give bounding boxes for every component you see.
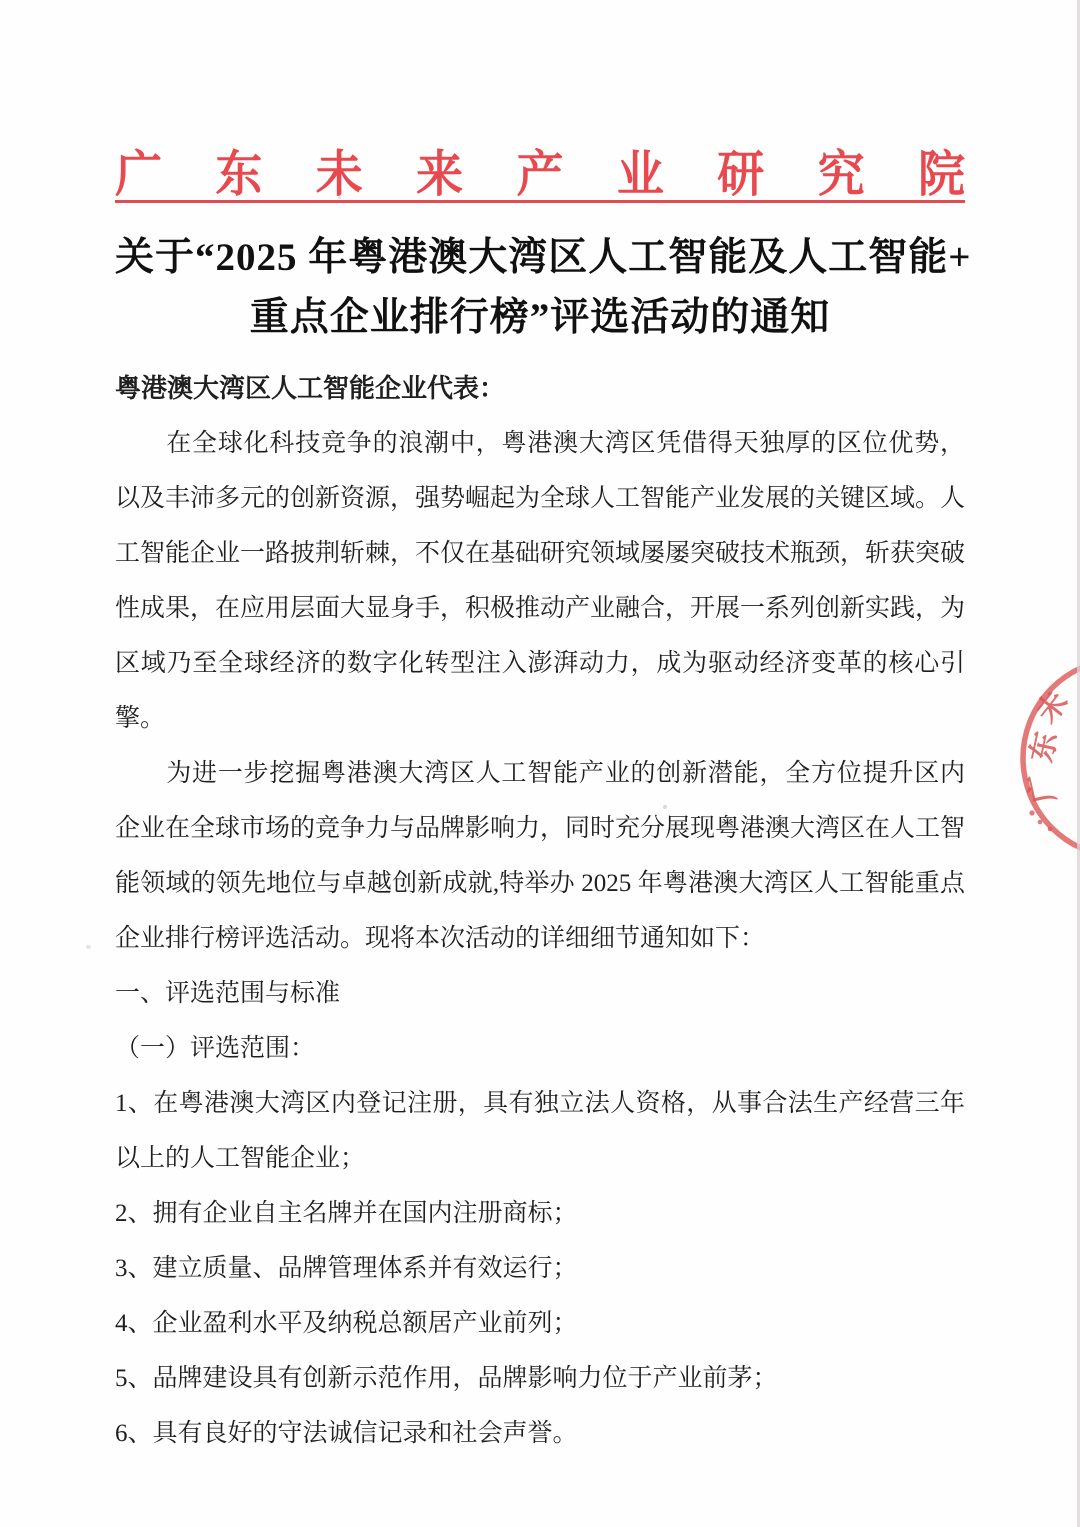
scan-artifact [338,196,341,199]
paragraph-intro: 在全球化科技竞争的浪潮中，粤港澳大湾区凭借得天独厚的区位优势，以及丰沛多元的创新… [115,416,965,746]
document-body: 粤港澳大湾区人工智能企业代表： 在全球化科技竞争的浪潮中，粤港澳大湾区凭借得天独… [115,361,965,1461]
seal-char: 广 [1023,770,1062,807]
criteria-item-6: 6、具有良好的守法诚信记录和社会声誉。 [115,1406,965,1461]
document-page: 广 东 未 来 产 业 研 究 院 关于“2025 年粤港澳大湾区人工智能及人工… [0,0,1080,1527]
org-name-char: 产 [517,149,564,198]
section-heading: 一、评选范围与标准 [115,966,965,1021]
seal-char: 未 [1030,685,1074,729]
salutation: 粤港澳大湾区人工智能企业代表： [115,361,965,416]
org-name-char: 未 [316,149,363,198]
document-title-line-2: 重点企业排行榜”评选活动的通知 [115,288,965,348]
org-name-char: 广 [115,149,162,198]
criteria-item-4: 4、企业盈利水平及纳税总额居产业前列； [115,1296,965,1351]
criteria-item-2: 2、拥有企业自主名牌并在国内注册商标； [115,1186,965,1241]
org-name-header: 广 东 未 来 产 业 研 究 院 [115,150,965,203]
criteria-item-5: 5、品牌建设具有创新示范作用，品牌影响力位于产业前茅； [115,1351,965,1406]
org-name-char: 究 [818,149,865,198]
document-title-line-1: 关于“2025 年粤港澳大湾区人工智能及人工智能+ [115,228,965,288]
org-name-char: 来 [416,149,463,198]
document-content: 广 东 未 来 产 业 研 究 院 关于“2025 年粤港澳大湾区人工智能及人工… [115,150,965,1461]
official-seal-stamp: 未 东 广 [1010,645,1080,865]
seal-char: 东 [1025,729,1064,765]
criteria-item-1: 1、在粤港澳大湾区内登记注册，具有独立法人资格，从事合法生产经营三年以上的人工智… [115,1076,965,1186]
org-name-char: 东 [215,149,262,198]
subsection-heading: （一）评选范围： [115,1021,965,1076]
paragraph-purpose: 为进一步挖掘粤港澳大湾区人工智能产业的创新潜能，全方位提升区内企业在全球市场的竞… [115,746,965,966]
scan-artifact [86,945,91,949]
org-name-char: 业 [617,149,664,198]
org-name-char: 研 [717,149,764,198]
org-name-char: 院 [918,149,965,198]
scan-artifact [663,805,667,809]
document-title: 关于“2025 年粤港澳大湾区人工智能及人工智能+ 重点企业排行榜”评选活动的通… [115,228,965,348]
criteria-item-3: 3、建立质量、品牌管理体系并有效运行； [115,1241,965,1296]
